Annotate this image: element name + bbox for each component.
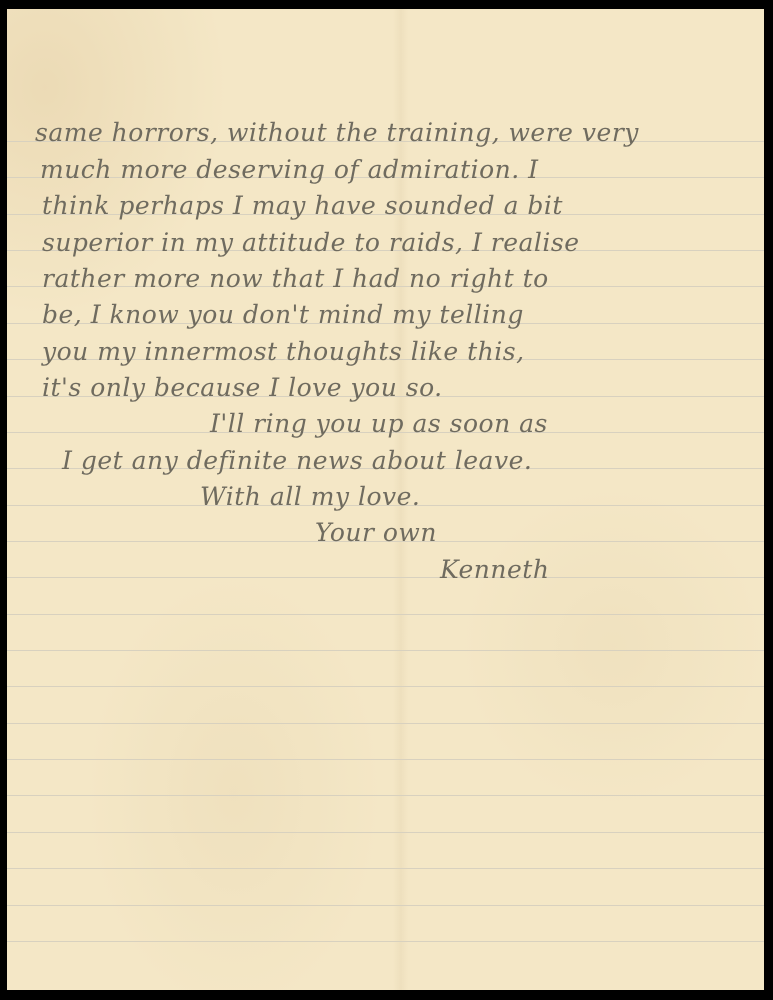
- letter-line-8: it's only because I love you so.: [42, 375, 443, 400]
- letter-line-2: much more deserving of admiration. I: [40, 157, 539, 182]
- signature: Kenneth: [440, 557, 549, 582]
- ruled-line: [7, 905, 764, 906]
- ruled-line: [7, 868, 764, 869]
- letter-page: same horrors, without the training, were…: [7, 9, 764, 990]
- letter-line-3: think perhaps I may have sounded a bit: [42, 193, 563, 218]
- ruled-line: [7, 759, 764, 760]
- closing-salutation: With all my love.: [200, 484, 420, 509]
- ruled-line: [7, 723, 764, 724]
- letter-line-6: be, I know you don't mind my telling: [42, 302, 524, 327]
- letter-line-9: I'll ring you up as soon as: [210, 411, 548, 436]
- ruled-line: [7, 795, 764, 796]
- ruled-line: [7, 686, 764, 687]
- letter-line-7: you my innermost thoughts like this,: [42, 339, 525, 364]
- ruled-line: [7, 832, 764, 833]
- closing-your-own: Your own: [315, 520, 437, 545]
- letter-line-4: superior in my attitude to raids, I real…: [42, 230, 580, 255]
- letter-line-1: same horrors, without the training, were…: [35, 120, 639, 145]
- ruled-line: [7, 614, 764, 615]
- letter-line-5: rather more now that I had no right to: [42, 266, 549, 291]
- letter-line-10: I get any definite news about leave.: [62, 448, 532, 473]
- ruled-line: [7, 577, 764, 578]
- ruled-line: [7, 650, 764, 651]
- ruled-line: [7, 941, 764, 942]
